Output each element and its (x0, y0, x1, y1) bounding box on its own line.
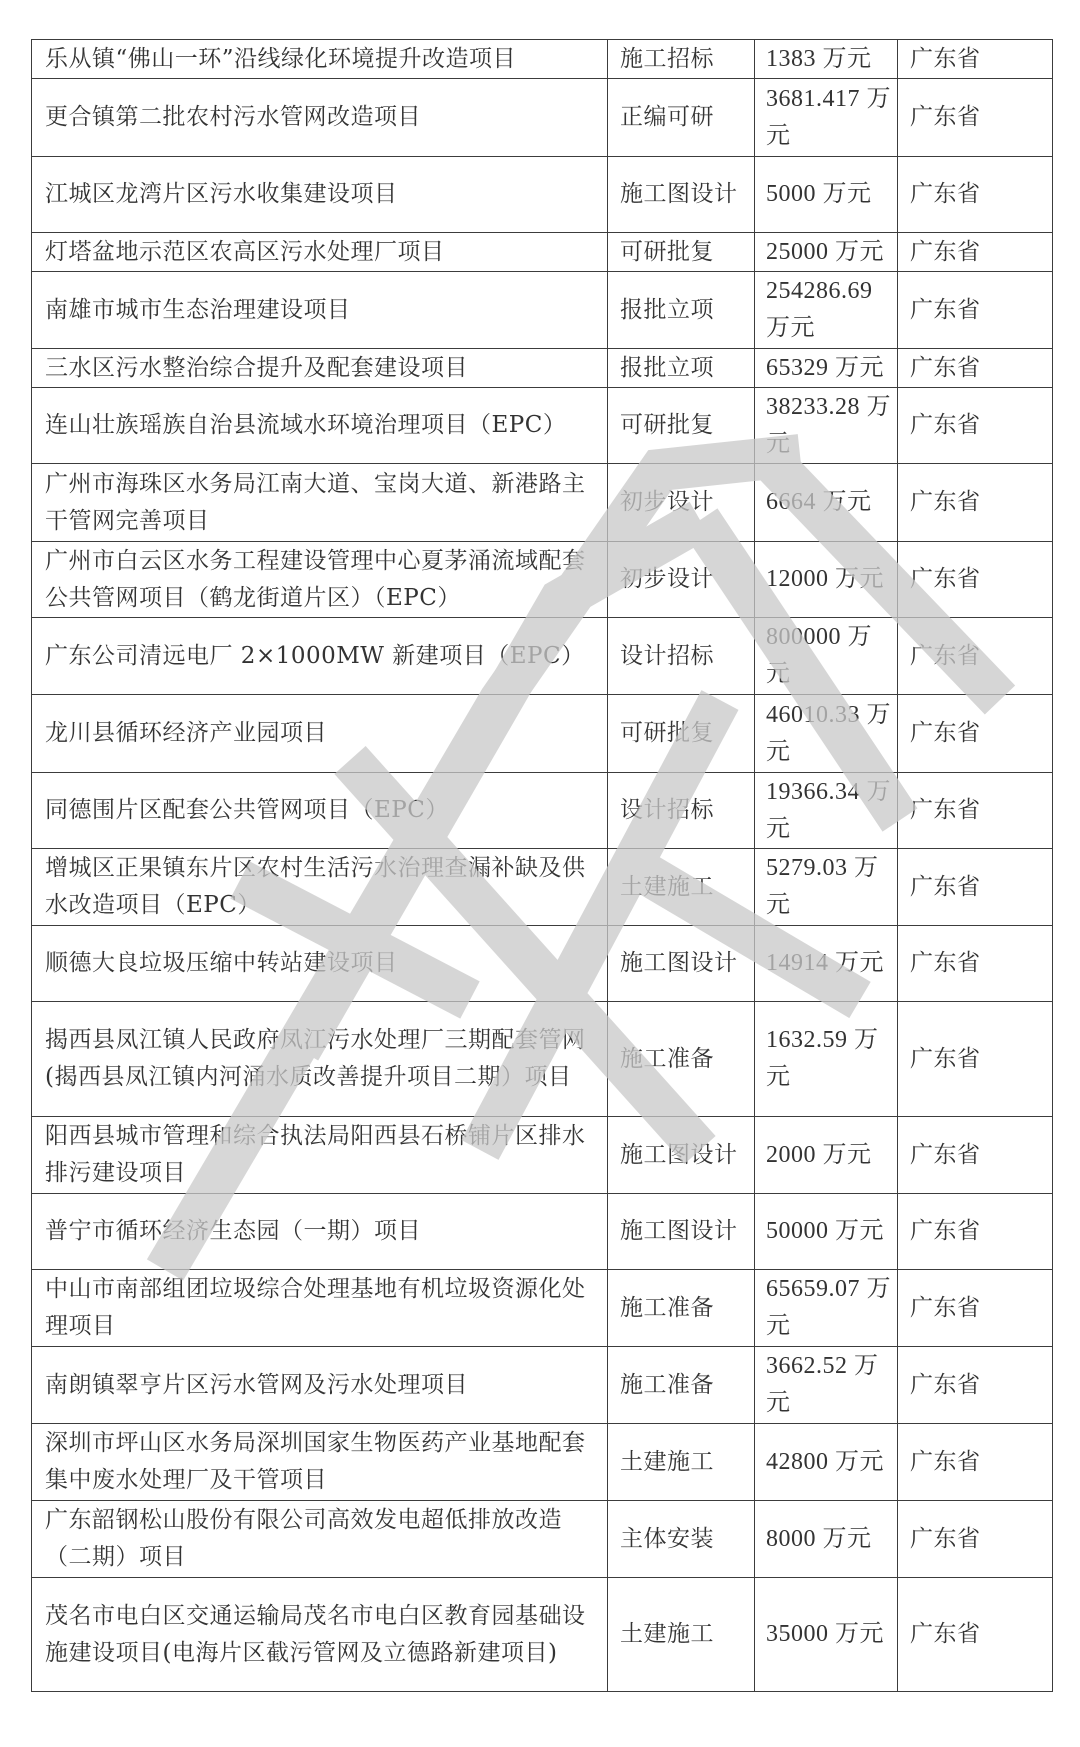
project-stage-cell: 施工准备 (608, 1270, 755, 1347)
table-row: 连山壮族瑶族自治县流域水环境治理项目（EPC）可研批复38233.28 万元广东… (32, 388, 1053, 464)
project-name-cell: 顺德大良垃圾压缩中转站建设项目 (32, 926, 608, 1002)
project-amount-cell: 800000 万元 (755, 618, 898, 695)
table-row: 广东公司清远电厂 2×1000MW 新建项目（EPC）设计招标800000 万元… (32, 618, 1053, 695)
project-amount-cell: 5279.03 万元 (755, 849, 898, 926)
project-amount-cell: 25000 万元 (755, 233, 898, 272)
project-name-cell: 中山市南部组团垃圾综合处理基地有机垃圾资源化处理项目 (32, 1270, 608, 1347)
table-row: 灯塔盆地示范区农高区污水处理厂项目可研批复25000 万元广东省 (32, 233, 1053, 272)
table-row: 广州市海珠区水务局江南大道、宝岗大道、新港路主干管网完善项目初步设计6664 万… (32, 464, 1053, 542)
project-amount-cell: 3681.417 万元 (755, 79, 898, 157)
project-stage-cell: 报批立项 (608, 349, 755, 388)
table-row: 乐从镇“佛山一环”沿线绿化环境提升改造项目施工招标1383 万元广东省 (32, 40, 1053, 79)
project-amount-cell: 6664 万元 (755, 464, 898, 542)
project-name-cell: 揭西县凤江镇人民政府凤江污水处理厂三期配套管网(揭西县凤江镇内河涌水质改善提升项… (32, 1002, 608, 1117)
project-province-cell: 广东省 (898, 926, 1053, 1002)
table-row: 揭西县凤江镇人民政府凤江污水处理厂三期配套管网(揭西县凤江镇内河涌水质改善提升项… (32, 1002, 1053, 1117)
project-amount-cell: 19366.34 万元 (755, 773, 898, 849)
project-province-cell: 广东省 (898, 1117, 1053, 1194)
project-stage-cell: 可研批复 (608, 388, 755, 464)
table-row: 深圳市坪山区水务局深圳国家生物医药产业基地配套集中废水处理厂及干管项目土建施工4… (32, 1424, 1053, 1501)
project-name-cell: 广州市海珠区水务局江南大道、宝岗大道、新港路主干管网完善项目 (32, 464, 608, 542)
project-province-cell: 广东省 (898, 1501, 1053, 1578)
project-amount-cell: 3662.52 万元 (755, 1347, 898, 1424)
project-stage-cell: 土建施工 (608, 1424, 755, 1501)
table-row: 广东韶钢松山股份有限公司高效发电超低排放改造（二期）项目主体安装8000 万元广… (32, 1501, 1053, 1578)
table-row: 普宁市循环经济生态园（一期）项目施工图设计50000 万元广东省 (32, 1194, 1053, 1270)
project-table: 乐从镇“佛山一环”沿线绿化环境提升改造项目施工招标1383 万元广东省更合镇第二… (31, 39, 1053, 1692)
table-row: 茂名市电白区交通运输局茂名市电白区教育园基础设施建设项目(电海片区截污管网及立德… (32, 1578, 1053, 1692)
project-name-cell: 龙川县循环经济产业园项目 (32, 695, 608, 773)
project-stage-cell: 施工图设计 (608, 1117, 755, 1194)
project-name-cell: 广州市白云区水务工程建设管理中心夏茅涌流域配套公共管网项目（鹤龙街道片区）（EP… (32, 542, 608, 618)
project-stage-cell: 施工图设计 (608, 926, 755, 1002)
project-amount-cell: 5000 万元 (755, 157, 898, 233)
project-name-cell: 南朗镇翠亨片区污水管网及污水处理项目 (32, 1347, 608, 1424)
project-name-cell: 阳西县城市管理和综合执法局阳西县石桥铺片区排水排污建设项目 (32, 1117, 608, 1194)
project-province-cell: 广东省 (898, 233, 1053, 272)
table-row: 同德围片区配套公共管网项目（EPC）设计招标19366.34 万元广东省 (32, 773, 1053, 849)
project-amount-cell: 65329 万元 (755, 349, 898, 388)
project-province-cell: 广东省 (898, 1347, 1053, 1424)
project-stage-cell: 报批立项 (608, 272, 755, 349)
table-row: 江城区龙湾片区污水收集建设项目施工图设计5000 万元广东省 (32, 157, 1053, 233)
project-province-cell: 广东省 (898, 618, 1053, 695)
project-table-body: 乐从镇“佛山一环”沿线绿化环境提升改造项目施工招标1383 万元广东省更合镇第二… (32, 40, 1053, 1692)
project-stage-cell: 施工招标 (608, 40, 755, 79)
project-name-cell: 三水区污水整治综合提升及配套建设项目 (32, 349, 608, 388)
project-stage-cell: 土建施工 (608, 849, 755, 926)
project-province-cell: 广东省 (898, 1002, 1053, 1117)
project-province-cell: 广东省 (898, 542, 1053, 618)
project-stage-cell: 土建施工 (608, 1578, 755, 1692)
project-stage-cell: 可研批复 (608, 233, 755, 272)
table-row: 龙川县循环经济产业园项目可研批复46010.33 万元广东省 (32, 695, 1053, 773)
project-province-cell: 广东省 (898, 272, 1053, 349)
project-amount-cell: 35000 万元 (755, 1578, 898, 1692)
project-amount-cell: 42800 万元 (755, 1424, 898, 1501)
project-name-cell: 广东韶钢松山股份有限公司高效发电超低排放改造（二期）项目 (32, 1501, 608, 1578)
project-province-cell: 广东省 (898, 695, 1053, 773)
project-province-cell: 广东省 (898, 79, 1053, 157)
project-stage-cell: 初步设计 (608, 464, 755, 542)
project-name-cell: 广东公司清远电厂 2×1000MW 新建项目（EPC） (32, 618, 608, 695)
project-stage-cell: 施工图设计 (608, 157, 755, 233)
table-row: 南朗镇翠亨片区污水管网及污水处理项目施工准备3662.52 万元广东省 (32, 1347, 1053, 1424)
project-name-cell: 普宁市循环经济生态园（一期）项目 (32, 1194, 608, 1270)
project-province-cell: 广东省 (898, 349, 1053, 388)
project-province-cell: 广东省 (898, 464, 1053, 542)
project-amount-cell: 1383 万元 (755, 40, 898, 79)
table-row: 增城区正果镇东片区农村生活污水治理查漏补缺及供水改造项目（EPC）土建施工527… (32, 849, 1053, 926)
project-stage-cell: 设计招标 (608, 618, 755, 695)
project-name-cell: 江城区龙湾片区污水收集建设项目 (32, 157, 608, 233)
project-name-cell: 灯塔盆地示范区农高区污水处理厂项目 (32, 233, 608, 272)
table-row: 更合镇第二批农村污水管网改造项目正编可研3681.417 万元广东省 (32, 79, 1053, 157)
project-stage-cell: 施工图设计 (608, 1194, 755, 1270)
project-amount-cell: 254286.69 万元 (755, 272, 898, 349)
project-amount-cell: 1632.59 万元 (755, 1002, 898, 1117)
table-row: 顺德大良垃圾压缩中转站建设项目施工图设计14914 万元广东省 (32, 926, 1053, 1002)
project-amount-cell: 12000 万元 (755, 542, 898, 618)
project-amount-cell: 46010.33 万元 (755, 695, 898, 773)
project-amount-cell: 14914 万元 (755, 926, 898, 1002)
project-amount-cell: 8000 万元 (755, 1501, 898, 1578)
project-amount-cell: 38233.28 万元 (755, 388, 898, 464)
project-name-cell: 连山壮族瑶族自治县流域水环境治理项目（EPC） (32, 388, 608, 464)
project-stage-cell: 施工准备 (608, 1002, 755, 1117)
project-province-cell: 广东省 (898, 1578, 1053, 1692)
project-province-cell: 广东省 (898, 773, 1053, 849)
project-amount-cell: 65659.07 万元 (755, 1270, 898, 1347)
project-province-cell: 广东省 (898, 1424, 1053, 1501)
project-province-cell: 广东省 (898, 1194, 1053, 1270)
project-province-cell: 广东省 (898, 849, 1053, 926)
project-amount-cell: 2000 万元 (755, 1117, 898, 1194)
project-stage-cell: 正编可研 (608, 79, 755, 157)
project-stage-cell: 主体安装 (608, 1501, 755, 1578)
project-province-cell: 广东省 (898, 40, 1053, 79)
project-amount-cell: 50000 万元 (755, 1194, 898, 1270)
project-province-cell: 广东省 (898, 1270, 1053, 1347)
project-name-cell: 更合镇第二批农村污水管网改造项目 (32, 79, 608, 157)
project-name-cell: 南雄市城市生态治理建设项目 (32, 272, 608, 349)
table-row: 广州市白云区水务工程建设管理中心夏茅涌流域配套公共管网项目（鹤龙街道片区）（EP… (32, 542, 1053, 618)
table-row: 阳西县城市管理和综合执法局阳西县石桥铺片区排水排污建设项目施工图设计2000 万… (32, 1117, 1053, 1194)
project-name-cell: 深圳市坪山区水务局深圳国家生物医药产业基地配套集中废水处理厂及干管项目 (32, 1424, 608, 1501)
project-name-cell: 同德围片区配套公共管网项目（EPC） (32, 773, 608, 849)
table-row: 三水区污水整治综合提升及配套建设项目报批立项65329 万元广东省 (32, 349, 1053, 388)
table-row: 中山市南部组团垃圾综合处理基地有机垃圾资源化处理项目施工准备65659.07 万… (32, 1270, 1053, 1347)
project-stage-cell: 初步设计 (608, 542, 755, 618)
project-province-cell: 广东省 (898, 157, 1053, 233)
project-name-cell: 茂名市电白区交通运输局茂名市电白区教育园基础设施建设项目(电海片区截污管网及立德… (32, 1578, 608, 1692)
project-name-cell: 增城区正果镇东片区农村生活污水治理查漏补缺及供水改造项目（EPC） (32, 849, 608, 926)
project-stage-cell: 可研批复 (608, 695, 755, 773)
project-province-cell: 广东省 (898, 388, 1053, 464)
project-stage-cell: 施工准备 (608, 1347, 755, 1424)
project-stage-cell: 设计招标 (608, 773, 755, 849)
table-row: 南雄市城市生态治理建设项目报批立项254286.69 万元广东省 (32, 272, 1053, 349)
project-name-cell: 乐从镇“佛山一环”沿线绿化环境提升改造项目 (32, 40, 608, 79)
